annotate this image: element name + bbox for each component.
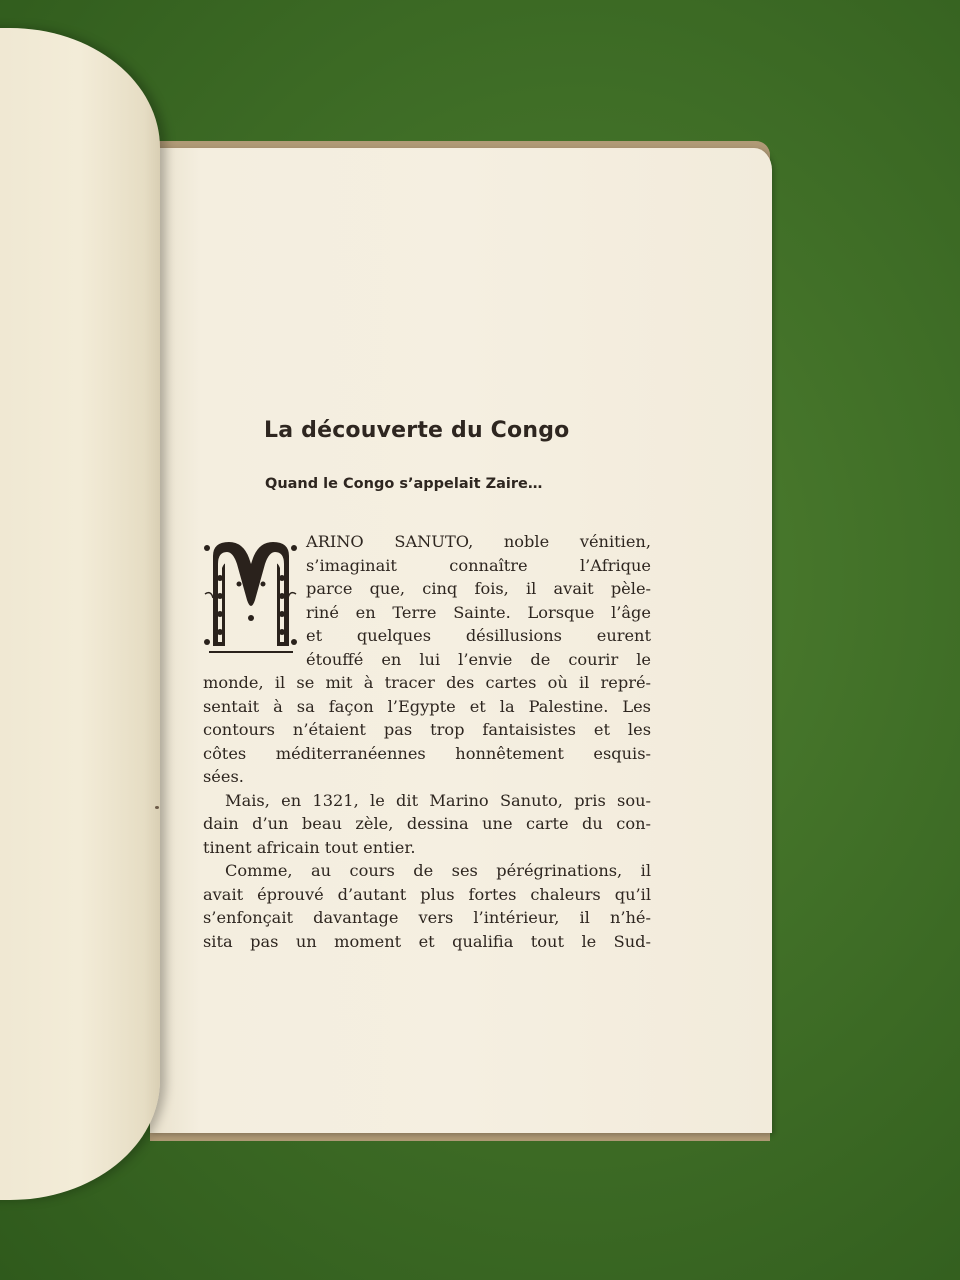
text-line: tinent africain tout entier.	[203, 836, 651, 860]
text-line: sita pas un moment et qualifia tout le S…	[203, 930, 651, 954]
body-text: ARINO SANUTO, noble vénitien, s’imaginai…	[203, 530, 651, 953]
text-line: sentait à sa façon l’Egypte et la Palest…	[203, 695, 651, 719]
chapter-subtitle: Quand le Congo s’appelait Zaire…	[265, 476, 542, 492]
text-line: sées.	[203, 765, 651, 789]
text-line: s’enfonçait davantage vers l’intérieur, …	[203, 906, 651, 930]
ink-spot	[155, 806, 159, 809]
text-line: dain d’un beau zèle, dessina une carte d…	[203, 812, 651, 836]
text-line: contours n’étaient pas trop fantaisistes…	[203, 718, 651, 742]
text-line: monde, il se mit à tracer des cartes où …	[203, 671, 651, 695]
left-page	[0, 28, 160, 1200]
text-line: Mais, en 1321, le dit Marino Sanuto, pri…	[203, 789, 651, 813]
text-line: Comme, au cours de ses pérégrinations, i…	[203, 859, 651, 883]
ornamental-dropcap-m-icon	[203, 534, 298, 656]
chapter-title: La découverte du Congo	[264, 418, 569, 443]
text-line: avait éprouvé d’autant plus fortes chale…	[203, 883, 651, 907]
text-line: côtes méditerranéennes honnêtement esqui…	[203, 742, 651, 766]
